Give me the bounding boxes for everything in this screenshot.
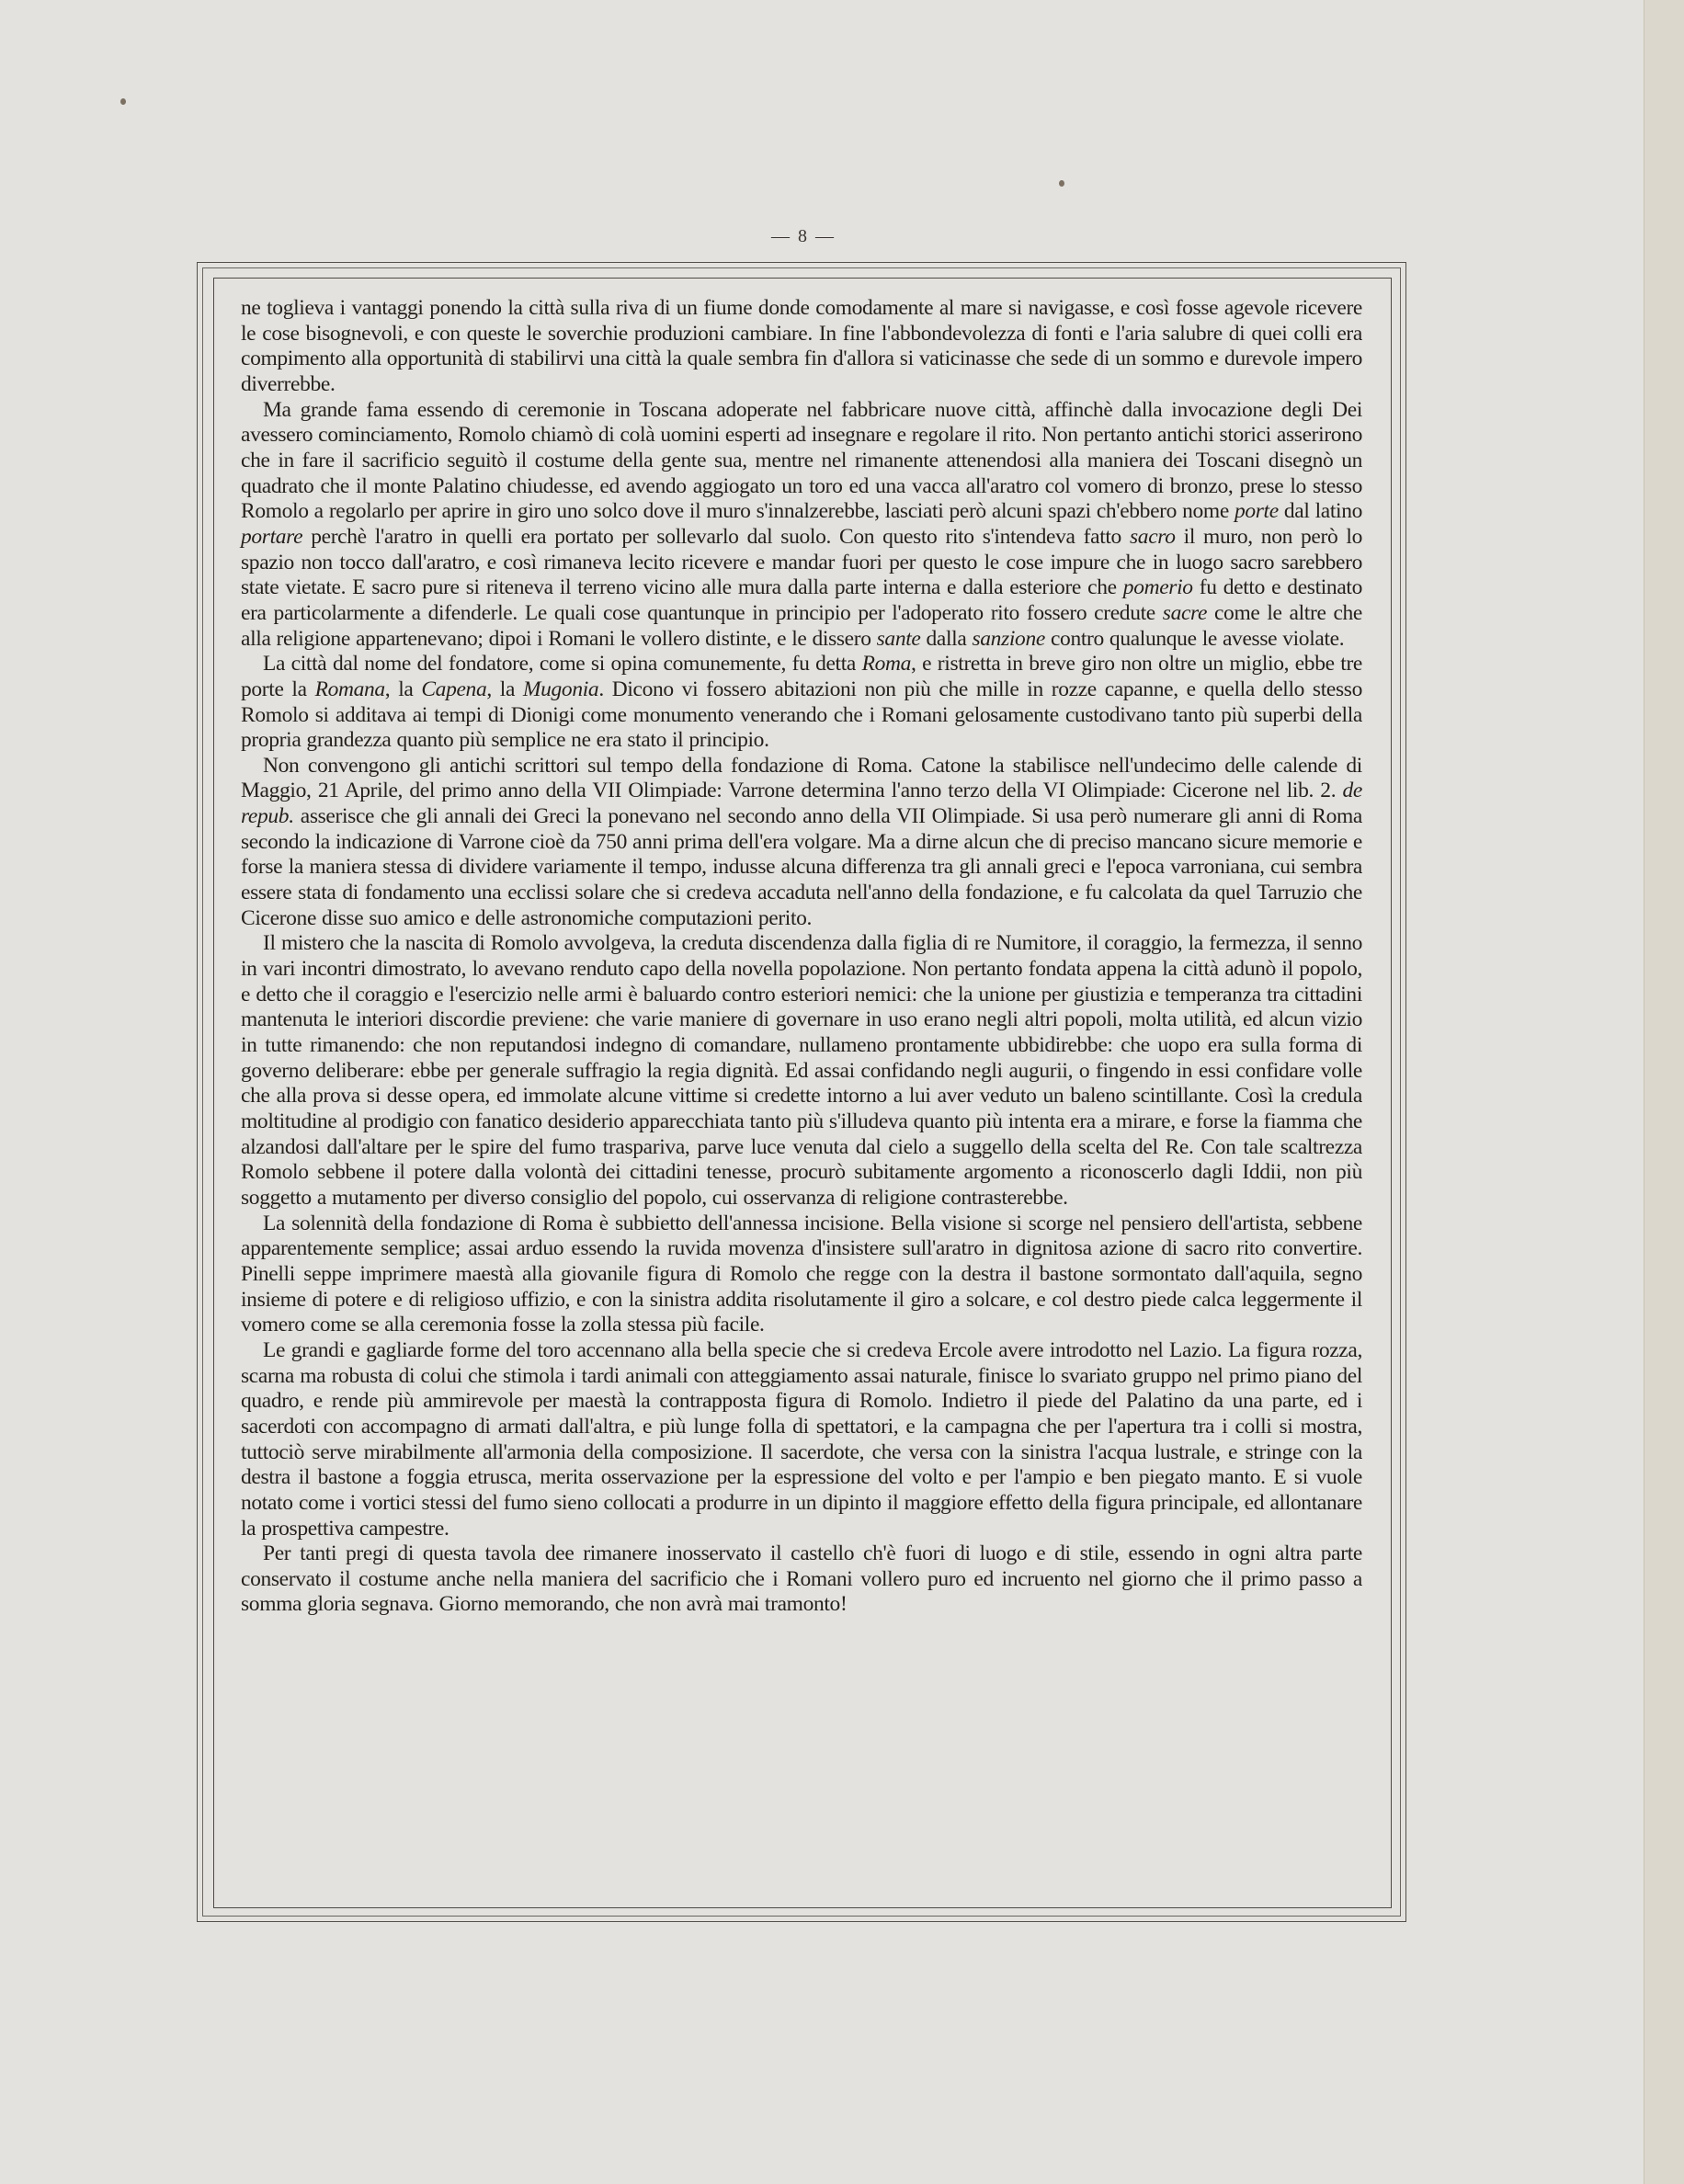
italic-term: Mugonia [523,677,598,701]
italic-term: sacro [1130,525,1176,549]
paragraph: Non convengono gli antichi scrittori sul… [241,754,1362,932]
text-run: asserisce che gli annali dei Greci la po… [241,804,1362,930]
text-run: , la [486,677,523,701]
text-run: Ma grande fama essendo di ceremonie in T… [241,398,1362,524]
text-run: dal latino [1279,499,1362,523]
text-run: contro qualunque le avesse violate. [1045,627,1344,651]
text-run: Il mistero che la nascita di Romolo avvo… [241,931,1362,1210]
paragraph: La città dal nome del fondatore, come si… [241,652,1362,754]
italic-term: Capena [421,677,486,701]
italic-term: portare [241,525,302,549]
text-run: perchè l'aratro in quelli era portato pe… [302,525,1130,549]
page-edge-strip [1644,0,1684,2184]
text-run: La solennità della fondazione di Roma è … [241,1211,1362,1337]
body-text: ne toglieva i vantaggi ponendo la città … [241,296,1362,1618]
text-run: dalla [921,627,973,651]
italic-term: Roma [862,652,911,676]
text-run: La città dal nome del fondatore, come si… [263,652,862,676]
paragraph: La solennità della fondazione di Roma è … [241,1211,1362,1338]
italic-term: sanzione [972,627,1044,651]
page-number: — 8 — [0,226,1607,247]
text-run: Per tanti pregi di questa tavola dee rim… [241,1541,1362,1616]
italic-term: pomerio [1123,575,1193,599]
text-run: ne toglieva i vantaggi ponendo la città … [241,296,1362,396]
italic-term: porte [1235,499,1279,523]
paper-speck [120,98,126,105]
paragraph: ne toglieva i vantaggi ponendo la città … [241,296,1362,398]
text-run: Le grandi e gagliarde forme del toro acc… [241,1338,1362,1541]
italic-term: sacre [1163,601,1207,625]
italic-term: sante [877,627,921,651]
paragraph: Ma grande fama essendo di ceremonie in T… [241,398,1362,653]
italic-term: Romana [315,677,385,701]
paragraph: Per tanti pregi di questa tavola dee rim… [241,1541,1362,1618]
paper-speck [1059,180,1064,187]
paragraph: Il mistero che la nascita di Romolo avvo… [241,931,1362,1211]
paragraph: Le grandi e gagliarde forme del toro acc… [241,1338,1362,1541]
text-run: , la [385,677,422,701]
text-run: Non convengono gli antichi scrittori sul… [241,754,1362,803]
